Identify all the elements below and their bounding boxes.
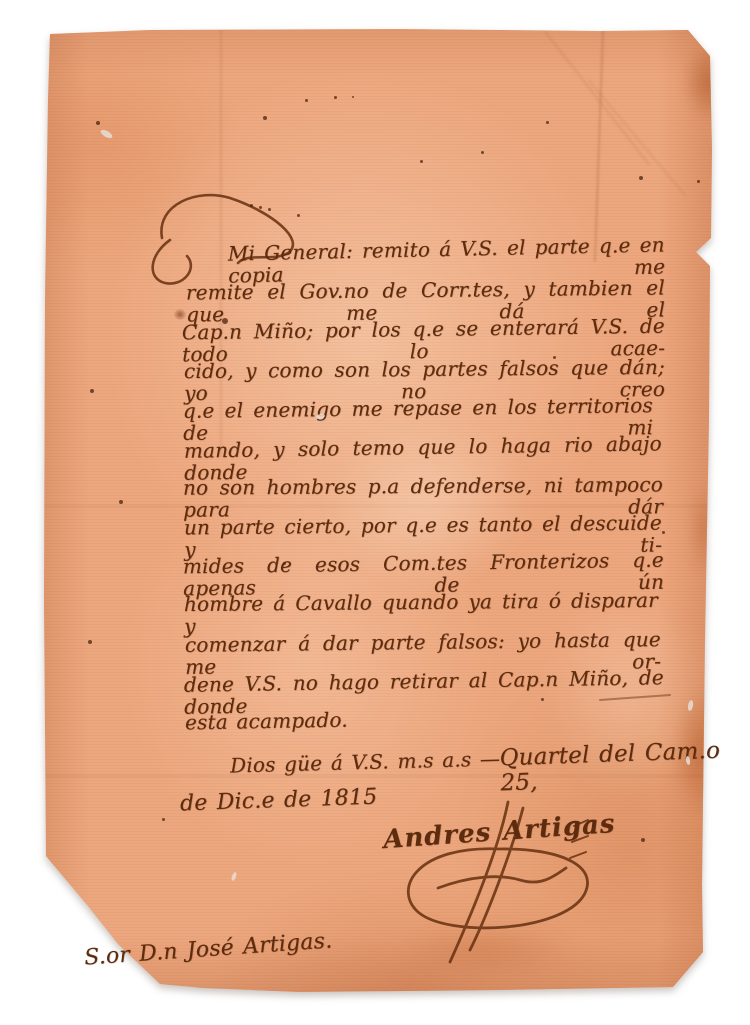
ink-speck (96, 121, 100, 125)
ink-speck (119, 500, 123, 504)
ink-speck (553, 356, 556, 359)
ink-speck (334, 96, 337, 99)
ink-speck (90, 389, 94, 393)
ink-speck (268, 208, 271, 211)
ink-speck (541, 698, 544, 701)
ink-speck (259, 206, 262, 209)
ink-speck (639, 176, 643, 180)
ink-speck (481, 151, 484, 154)
ink-speck (88, 640, 92, 644)
closing-salutation: Dios güe á V.S. m.s a.s — (230, 747, 501, 776)
handwriting-line: esta acampado. (185, 709, 348, 734)
ink-speck (697, 180, 700, 183)
ink-speck (641, 838, 645, 842)
letter-text: Mi General: remito á V.S. el parte q.e e… (0, 0, 750, 1025)
closing-place: Quartel del Cam.o 25, (499, 738, 750, 797)
ink-speck (162, 818, 165, 821)
ink-speck (263, 116, 267, 120)
ink-speck (662, 531, 665, 534)
scan-background: Mi General: remito á V.S. el parte q.e e… (0, 0, 750, 1025)
ink-speck (250, 204, 253, 207)
ink-speck (352, 96, 354, 98)
ink-speck (420, 160, 423, 163)
ink-speck (546, 121, 549, 124)
closing-date: de Dic.e de 1815 (180, 786, 378, 817)
ink-speck (283, 562, 286, 565)
ink-speck (222, 318, 228, 324)
ink-speck (297, 214, 300, 217)
signature: Andres Artigas (382, 810, 616, 855)
addressee-line: S.or D.n José Artigas. (83, 929, 333, 970)
ink-speck (305, 99, 308, 102)
